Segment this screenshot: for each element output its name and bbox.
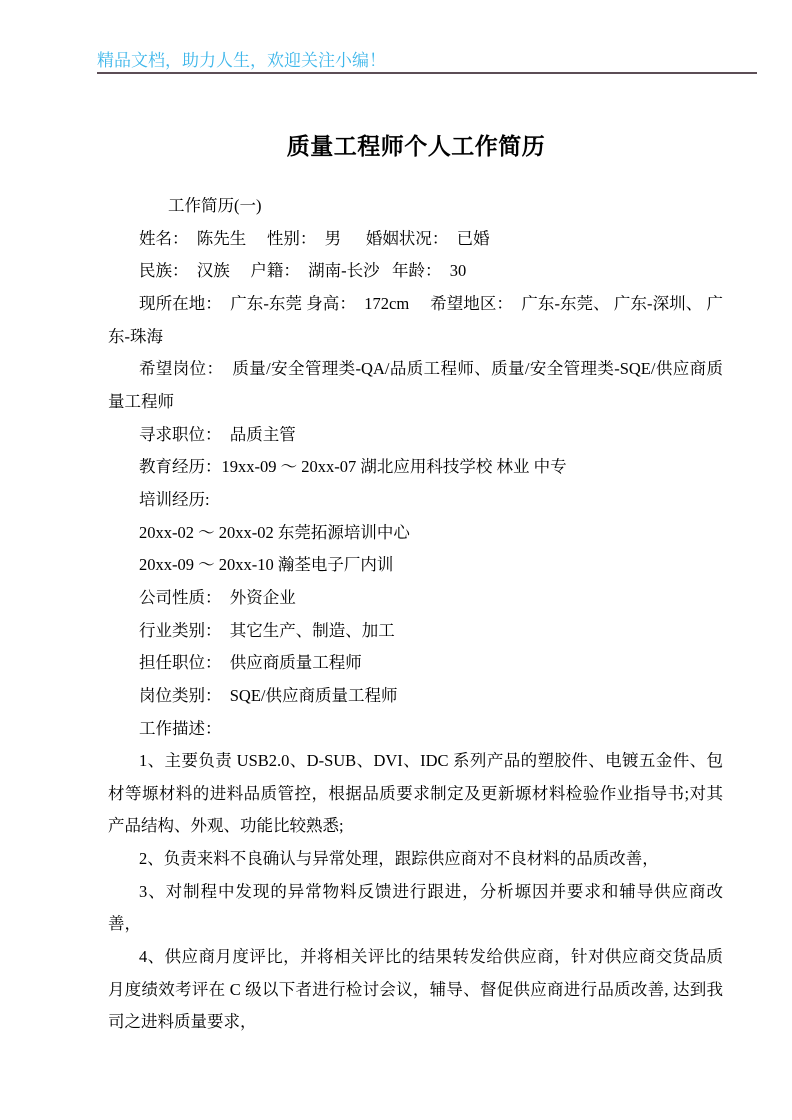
page-title: 质量工程师个人工作简历 [108,128,724,161]
resume-paragraph-duty-4: 4、供应商月度评比，并将相关评比的结果转发给供应商，针对供应商交货品质月度绩效考… [108,941,723,1039]
section-heading: 工作简历(一) [108,190,723,223]
document-header: 精品文档，助力人生，欢迎关注小编！ [97,50,757,74]
header-divider-line [97,72,757,74]
resume-paragraph-name-gender-marital: 姓名： 陈先生 性别： 男 婚姻状况： 已婚 [108,223,723,256]
resume-paragraph-training-heading: 培训经历: [108,484,723,517]
resume-paragraph-duty-2: 2、负责来料不良确认与异常处理，跟踪供应商对不良材料的品质改善， [108,843,723,876]
resume-paragraph-industry: 行业类别： 其它生产、制造、加工 [108,615,723,648]
resume-body: 工作简历(一) 姓名： 陈先生 性别： 男 婚姻状况： 已婚 民族： 汉族 户籍… [108,190,723,1039]
resume-paragraph-training-2: 20xx-09 ～ 20xx-10 瀚荃电子厂内训 [108,549,723,582]
header-promo-text: 精品文档，助力人生，欢迎关注小编！ [97,50,757,71]
resume-paragraph-held-position: 担任职位： 供应商质量工程师 [108,647,723,680]
resume-paragraph-position-category: 岗位类别： SQE/供应商质量工程师 [108,680,723,713]
resume-paragraph-seeking-position: 寻求职位： 品质主管 [108,419,723,452]
resume-paragraph-work-description-heading: 工作描述： [108,713,723,746]
resume-paragraph-desired-positions: 希望岗位： 质量/安全管理类-QA/品质工程师、质量/安全管理类-SQE/供应商… [108,353,723,418]
resume-paragraph-education: 教育经历：19xx-09 ～ 20xx-07 湖北应用科技学校 林业 中专 [108,451,723,484]
resume-paragraph-duty-3: 3、对制程中发现的异常物料反馈进行跟进，分析塬因并要求和辅导供应商改善， [108,876,723,941]
resume-paragraph-company-type: 公司性质： 外资企业 [108,582,723,615]
resume-paragraph-ethnicity-registry-age: 民族： 汉族 户籍： 湖南-长沙 年龄： 30 [108,255,723,288]
resume-paragraph-location-height-regions: 现所在地： 广东-东莞 身高： 172cm 希望地区： 广东-东莞、 广东-深圳… [108,288,723,353]
resume-paragraph-duty-1: 1、主要负责 USB2.0、D-SUB、DVI、IDC 系列产品的塑胶件、电镀五… [108,745,723,843]
document-page: 精品文档，助力人生，欢迎关注小编！ 质量工程师个人工作简历 工作简历(一) 姓名… [0,0,792,1120]
resume-paragraph-training-1: 20xx-02 ～ 20xx-02 东莞拓源培训中心 [108,517,723,550]
